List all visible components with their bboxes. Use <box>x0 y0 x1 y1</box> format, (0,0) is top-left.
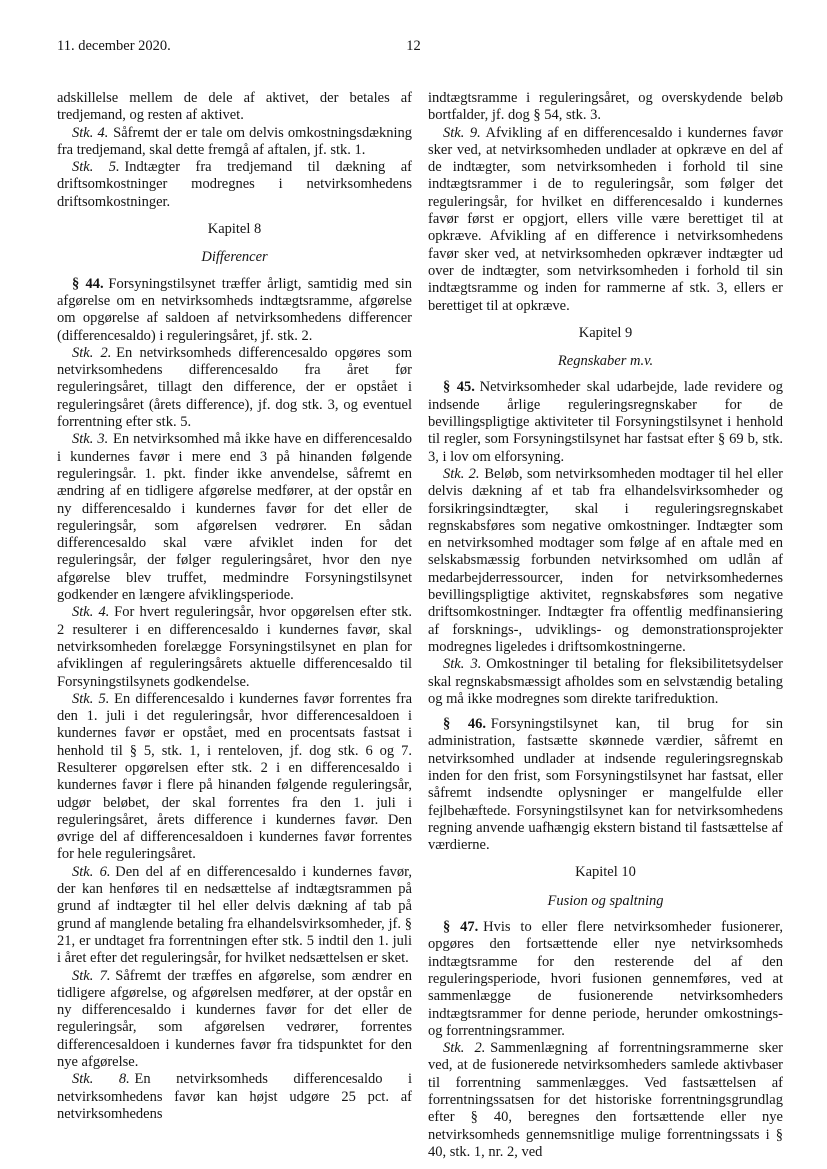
page-header: 11. december 2020. 12 <box>0 38 827 56</box>
para-stk-3b: Stk. 3.Omkostninger til betaling for fle… <box>428 656 783 708</box>
stk-label: Stk. 4. <box>72 604 109 620</box>
page-number: 12 <box>0 38 827 55</box>
para-stk-8: Stk. 8.En netvirksomheds differencesaldo… <box>57 1071 412 1123</box>
para-section-45: § 45.Netvirksomheder skal udarbejde, lad… <box>428 379 783 465</box>
para-text: Sammenlægning af forrentningsrammerne sk… <box>428 1040 783 1160</box>
section-label: § 44. <box>72 276 104 292</box>
right-column: indtægtsramme i reguleringsåret, og over… <box>428 90 783 1161</box>
stk-label: Stk. 2. <box>72 345 111 361</box>
document-page: 11. december 2020. 12 adskillelse mellem… <box>0 0 827 1169</box>
para-text: Såfremt der er tale om delvis omkostning… <box>57 125 412 158</box>
stk-label: Stk. 5. <box>72 691 109 707</box>
para-stk-7: Stk. 7.Såfremt der træffes en afgørelse,… <box>57 968 412 1072</box>
para-stk-3: Stk. 3.En netvirksomhed må ikke have en … <box>57 431 412 604</box>
stk-label: Stk. 4. <box>72 125 108 141</box>
para-section-44: § 44.Forsyningstilsynet træffer årligt, … <box>57 276 412 345</box>
para-stk-4b: Stk. 4.For hvert reguleringsår, hvor opg… <box>57 604 412 690</box>
para-section-47: § 47.Hvis to eller flere netvirksomheder… <box>428 919 783 1040</box>
stk-label: Stk. 9. <box>443 125 481 141</box>
left-column: adskillelse mellem de dele af aktivet, d… <box>57 90 412 1161</box>
para-text: Forsyningstilsynet kan, til brug for sin… <box>428 716 783 853</box>
para-stk-6: Stk. 6.Den del af en differencesaldo i k… <box>57 864 412 968</box>
para-text: Såfremt der træffes en afgørelse, som æn… <box>57 968 412 1070</box>
section-label: § 45. <box>443 379 475 395</box>
chapter-8-title: Differencer <box>57 249 412 266</box>
para-text: En differencesaldo i kundernes favør for… <box>57 691 412 863</box>
stk-label: Stk. 3. <box>443 656 481 672</box>
para-text: En netvirksomhed må ikke have en differe… <box>57 431 412 603</box>
para-stk-2: Stk. 2.En netvirksomheds differencesaldo… <box>57 345 412 431</box>
stk-label: Stk. 5. <box>72 159 120 175</box>
para-text: Netvirksomheder skal udarbejde, lade rev… <box>428 379 783 464</box>
stk-label: Stk. 6. <box>72 864 110 880</box>
para-stk-5: Stk. 5.Indtægter fra tredjemand til dækn… <box>57 159 412 211</box>
para-stk-5b: Stk. 5.En differencesaldo i kundernes fa… <box>57 691 412 864</box>
para-text: Den del af en differencesaldo i kunderne… <box>57 864 412 966</box>
para-stk-2c: Stk. 2.Sammenlægning af forrentningsramm… <box>428 1040 783 1161</box>
text-columns: adskillelse mellem de dele af aktivet, d… <box>57 90 783 1161</box>
section-label: § 46. <box>443 716 486 732</box>
para-text: For hvert reguleringsår, hvor opgørelsen… <box>57 604 412 689</box>
chapter-8-heading: Kapitel 8 <box>57 221 412 238</box>
para-section-46: § 46.Forsyningstilsynet kan, til brug fo… <box>428 716 783 854</box>
chapter-10-title: Fusion og spaltning <box>428 893 783 910</box>
para-continued: indtægtsramme i reguleringsåret, og over… <box>428 90 783 125</box>
para-stk-2b: Stk. 2.Beløb, som netvirksomheden modtag… <box>428 466 783 656</box>
para-text: Afvikling af en differencesaldo i kunder… <box>428 125 783 314</box>
para-text: adskillelse mellem de dele af aktivet, d… <box>57 90 412 123</box>
para-text: Hvis to eller flere netvirksomheder fusi… <box>428 919 783 1039</box>
para-text: Forsyningstilsynet træffer årligt, samti… <box>57 276 412 344</box>
para-stk-4: Stk. 4.Såfremt der er tale om delvis omk… <box>57 125 412 160</box>
stk-label: Stk. 7. <box>72 968 110 984</box>
stk-label: Stk. 2. <box>443 466 480 482</box>
para-continued: adskillelse mellem de dele af aktivet, d… <box>57 90 412 125</box>
stk-label: Stk. 8. <box>72 1071 130 1087</box>
chapter-9-heading: Kapitel 9 <box>428 325 783 342</box>
para-text: Beløb, som netvirksomheden modtager til … <box>428 466 783 655</box>
para-stk-9: Stk. 9.Afvikling af en differencesaldo i… <box>428 125 783 315</box>
chapter-9-title: Regnskaber m.v. <box>428 353 783 370</box>
chapter-10-heading: Kapitel 10 <box>428 864 783 881</box>
para-text: indtægtsramme i reguleringsåret, og over… <box>428 90 783 123</box>
para-text: Omkostninger til betaling for fleksibili… <box>428 656 783 707</box>
section-label: § 47. <box>443 919 478 935</box>
stk-label: Stk. 3. <box>72 431 108 447</box>
stk-label: Stk. 2. <box>443 1040 485 1056</box>
